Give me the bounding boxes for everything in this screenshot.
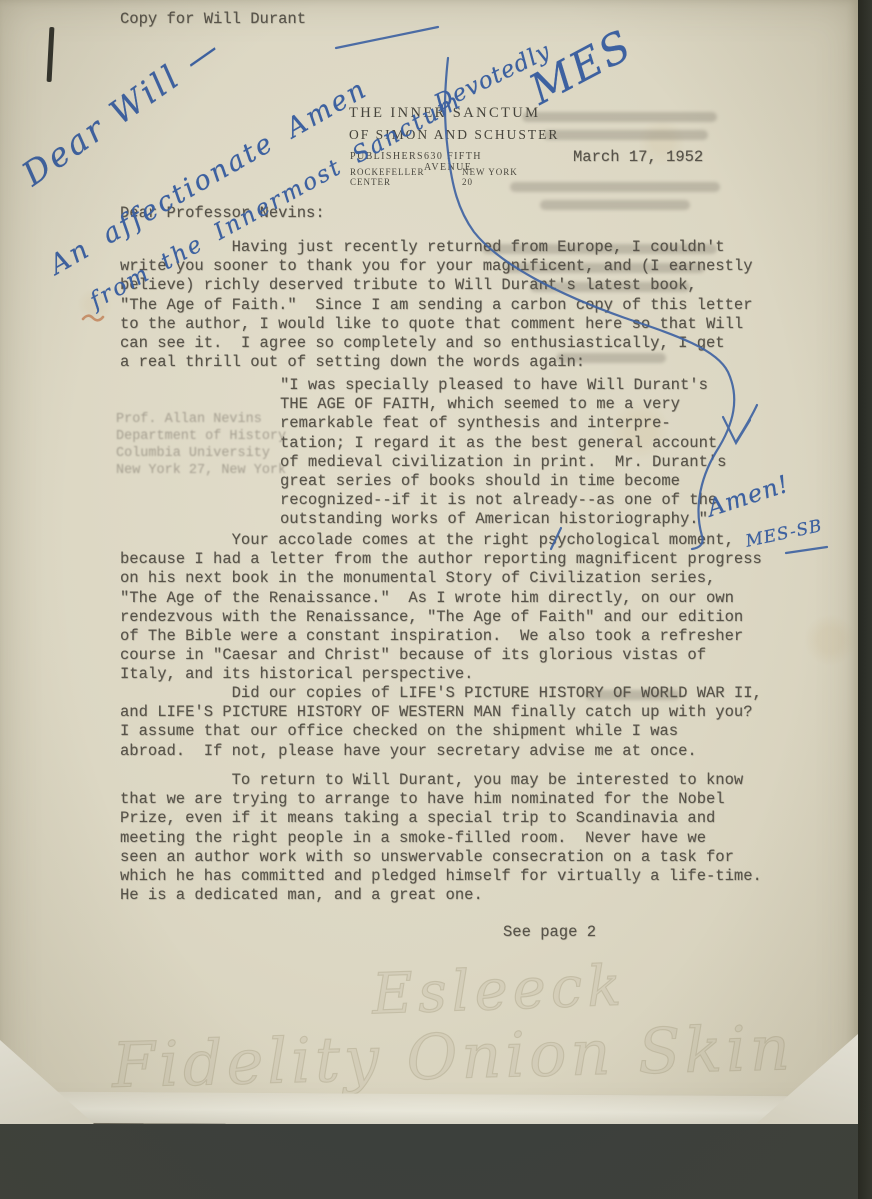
bleed-through-smudge (540, 200, 690, 210)
scanner-background-right (858, 0, 872, 1199)
bleed-through-smudge (510, 182, 720, 192)
bleed-through-smudge (543, 130, 708, 140)
see-page-2-note: See page 2 (503, 923, 596, 942)
paragraph-1: Having just recently returned from Europ… (120, 238, 753, 372)
date: March 17, 1952 (573, 148, 703, 167)
scanned-letter-page: Esleeck Fidelity Onion Skin Prof. Allan … (0, 0, 872, 1199)
bleed-through-address: Prof. Allan Nevins Department of History… (116, 411, 286, 479)
letterhead-line4: ROCKEFELLER CENTER NEW YORK 20 (350, 167, 528, 187)
letterhead-rockefeller: ROCKEFELLER CENTER (350, 167, 462, 187)
paragraph-2: Your accolade comes at the right psychol… (120, 531, 762, 685)
block-quote: "I was specially pleased to have Will Du… (280, 376, 726, 530)
paragraph-3: Did our copies of LIFE'S PICTURE HISTORY… (120, 684, 762, 761)
letterhead-newyork: NEW YORK 20 (462, 167, 528, 187)
scanner-background-bottom (0, 1124, 872, 1199)
paragraph-4: To return to Will Durant, you may be int… (120, 771, 762, 905)
bleed-through-smudge (522, 112, 717, 122)
backing-sheet-edge (0, 1091, 858, 1127)
copy-note: Copy for Will Durant (120, 10, 306, 29)
